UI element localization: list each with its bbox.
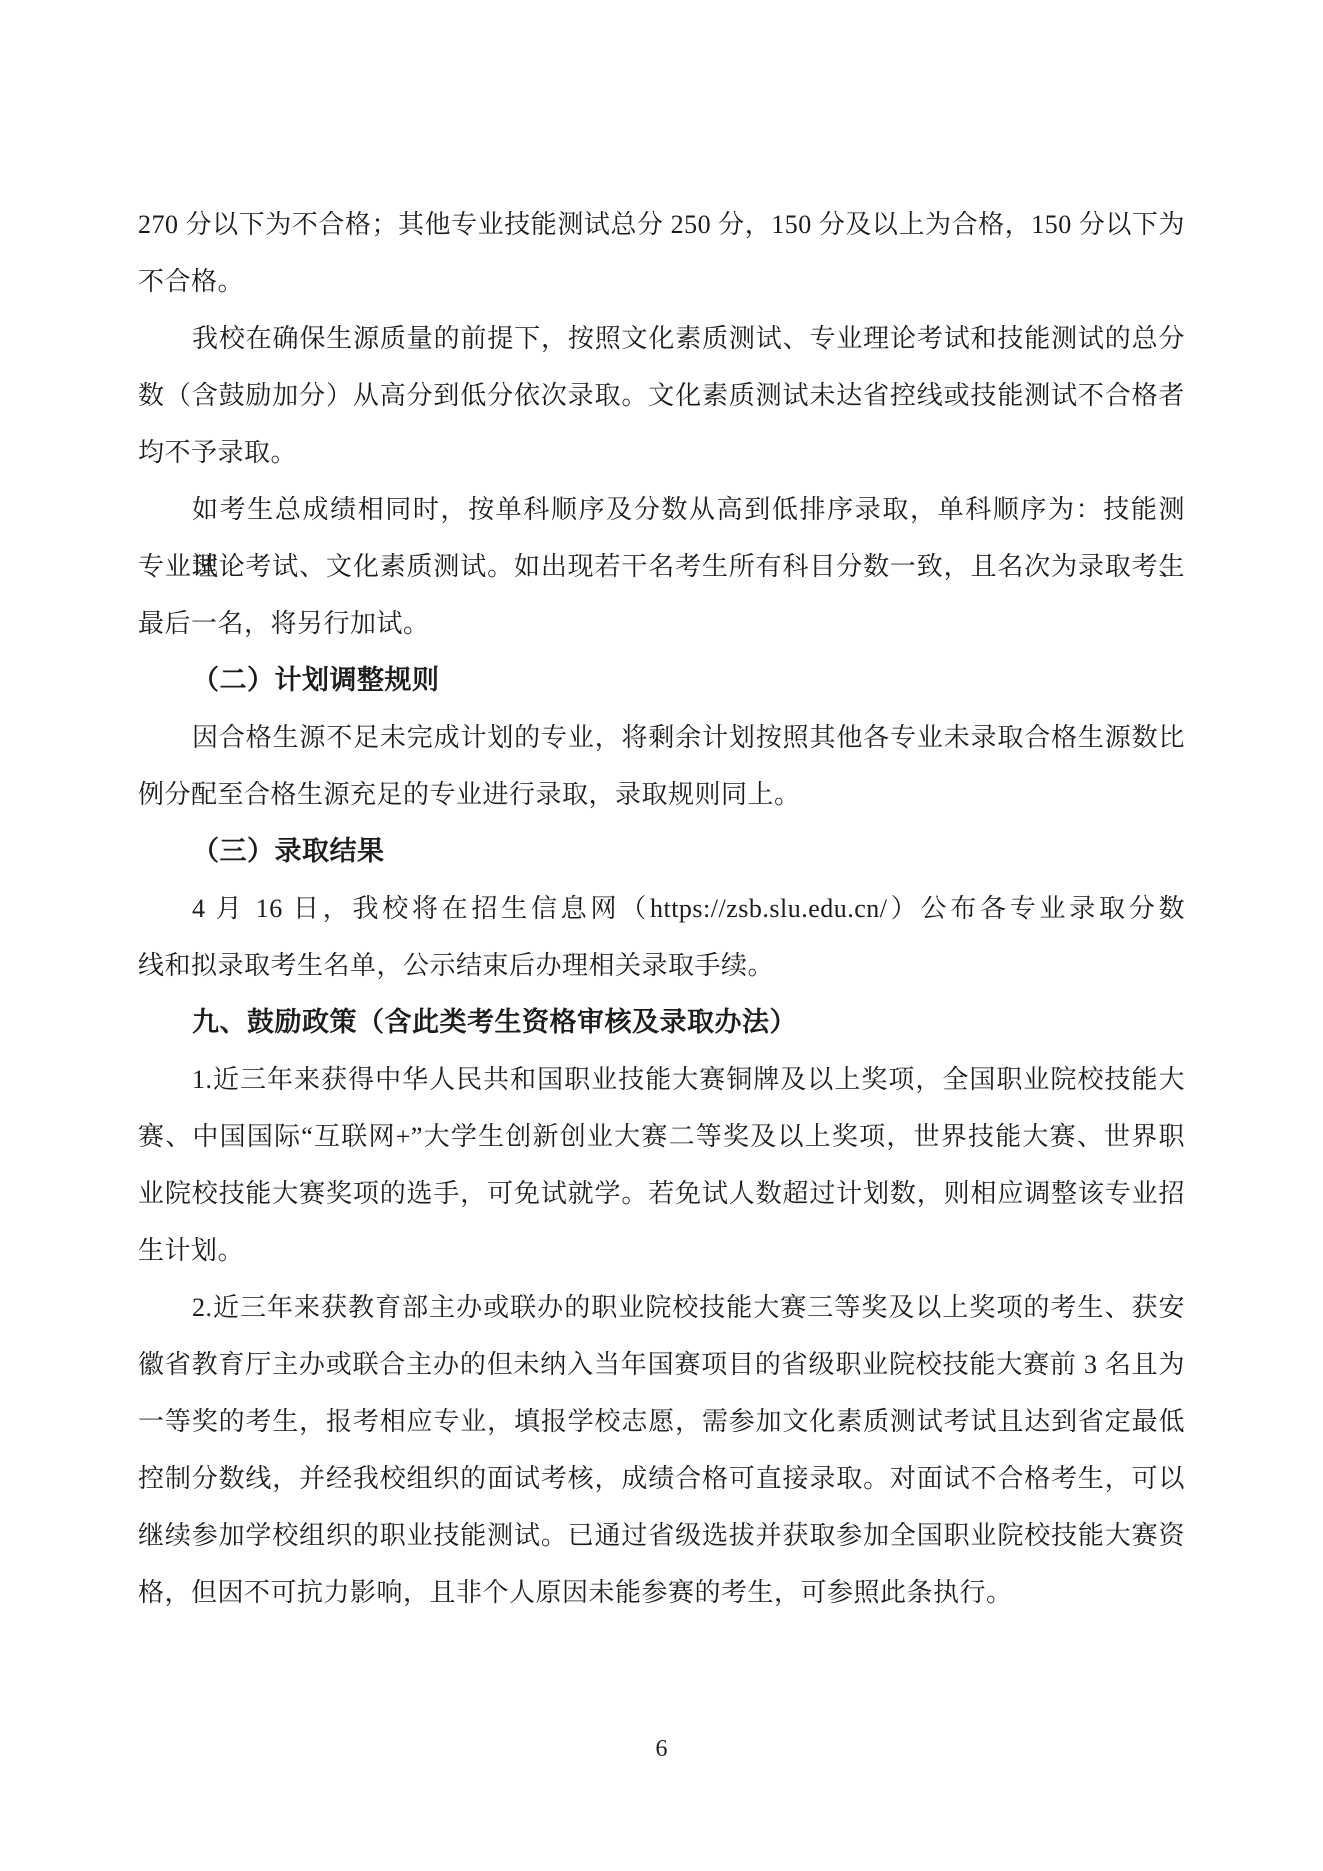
body-line: 数（含鼓励加分）从高分到低分依次录取。文化素质测试未达省控线或技能测试不合格者 bbox=[138, 367, 1185, 424]
body-line: 专业理论考试、文化素质测试。如出现若干名考生所有科目分数一致，且名次为录取考生 bbox=[138, 538, 1185, 595]
document-page: 270 分以下为不合格；其他专业技能测试总分 250 分，150 分及以上为合格… bbox=[0, 0, 1323, 1871]
body-line: 格，但因不可抗力影响，且非个人原因未能参赛的考生，可参照此条执行。 bbox=[138, 1564, 1185, 1621]
section-heading-admission-result: （三）录取结果 bbox=[138, 823, 1185, 880]
body-line: 如考生总成绩相同时，按单科顺序及分数从高到低排序录取，单科顺序为：技能测试、 bbox=[138, 481, 1185, 538]
body-line: 270 分以下为不合格；其他专业技能测试总分 250 分，150 分及以上为合格… bbox=[138, 196, 1185, 253]
body-line: 赛、中国国际“互联网+”大学生创新创业大赛二等奖及以上奖项，世界技能大赛、世界职 bbox=[138, 1108, 1185, 1165]
body-line: 2.近三年来获教育部主办或联办的职业院校技能大赛三等奖及以上奖项的考生、获安 bbox=[138, 1279, 1185, 1336]
document-body: 270 分以下为不合格；其他专业技能测试总分 250 分，150 分及以上为合格… bbox=[138, 196, 1185, 1621]
body-line: 徽省教育厅主办或联合主办的但未纳入当年国赛项目的省级职业院校技能大赛前 3 名且… bbox=[138, 1336, 1185, 1393]
section-heading-plan-adjustment: （二）计划调整规则 bbox=[138, 652, 1185, 709]
body-line: 一等奖的考生，报考相应专业，填报学校志愿，需参加文化素质测试考试且达到省定最低 bbox=[138, 1393, 1185, 1450]
body-line: 4 月 16 日，我校将在招生信息网（https://zsb.slu.edu.c… bbox=[138, 880, 1185, 937]
body-line: 继续参加学校组织的职业技能测试。已通过省级选拔并获取参加全国职业院校技能大赛资 bbox=[138, 1507, 1185, 1564]
body-line: 例分配至合格生源充足的专业进行录取，录取规则同上。 bbox=[138, 766, 1185, 823]
body-line: 不合格。 bbox=[138, 253, 1185, 310]
section-heading-incentive-policy: 九、鼓励政策（含此类考生资格审核及录取办法） bbox=[138, 994, 1185, 1051]
body-line: 生计划。 bbox=[138, 1222, 1185, 1279]
body-line: 控制分数线，并经我校组织的面试考核，成绩合格可直接录取。对面试不合格考生，可以 bbox=[138, 1450, 1185, 1507]
body-line: 均不予录取。 bbox=[138, 424, 1185, 481]
body-line: 我校在确保生源质量的前提下，按照文化素质测试、专业理论考试和技能测试的总分 bbox=[138, 310, 1185, 367]
body-line: 线和拟录取考生名单，公示结束后办理相关录取手续。 bbox=[138, 937, 1185, 994]
body-line: 最后一名，将另行加试。 bbox=[138, 595, 1185, 652]
page-number: 6 bbox=[0, 1736, 1323, 1763]
body-line: 1.近三年来获得中华人民共和国职业技能大赛铜牌及以上奖项，全国职业院校技能大 bbox=[138, 1051, 1185, 1108]
body-line: 因合格生源不足未完成计划的专业，将剩余计划按照其他各专业未录取合格生源数比 bbox=[138, 709, 1185, 766]
body-line: 业院校技能大赛奖项的选手，可免试就学。若免试人数超过计划数，则相应调整该专业招 bbox=[138, 1165, 1185, 1222]
